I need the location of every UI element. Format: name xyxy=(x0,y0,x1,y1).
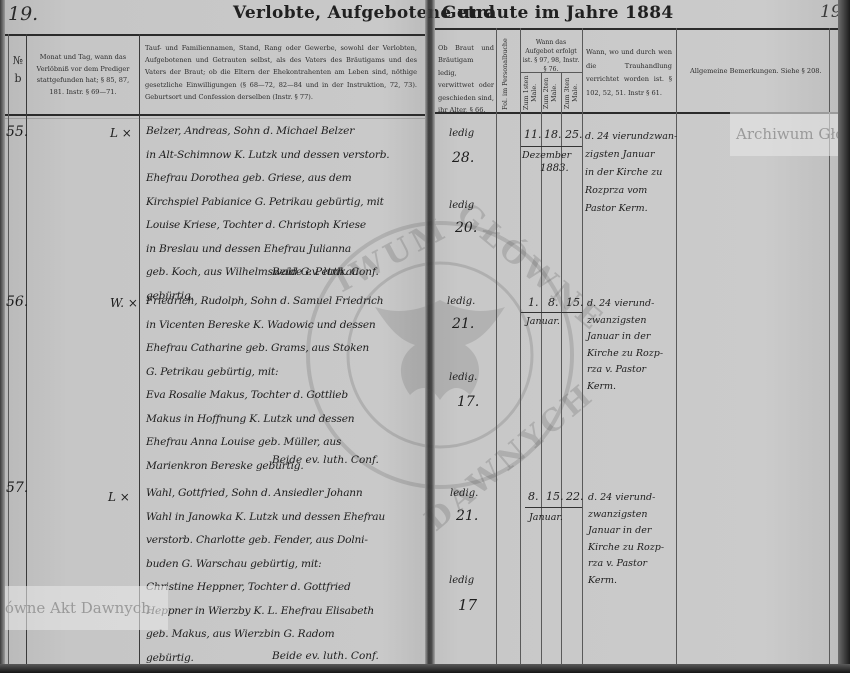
entry-number: 56. xyxy=(6,294,28,310)
ceremony-line: zwanzigsten xyxy=(587,313,663,330)
col-divider xyxy=(541,72,542,668)
col-header-month-day: Monat und Tag, wann das Verlöbniß vor de… xyxy=(30,52,136,98)
groom-age: 21. xyxy=(452,316,474,332)
entry-marks: W. × xyxy=(110,296,138,310)
groom-status: ledig. xyxy=(450,488,478,499)
entry-line: Ehefrau Anna Louise geb. Müller, aus xyxy=(146,431,383,455)
number-symbol: № xyxy=(10,52,26,70)
ceremony-text: d. 24 vierund- zwanzigsten Januar in der… xyxy=(588,490,664,589)
ceremony-line: Rozprza vom xyxy=(585,182,677,200)
ceremony-line: Kerm. xyxy=(587,379,663,396)
col-header-names: Tauf- und Familiennamen, Stand, Rang ode… xyxy=(145,42,417,103)
banns-month: Dezember xyxy=(522,150,571,161)
bride-age: 17 xyxy=(458,596,477,614)
entry-line: Belzer, Andreas, Sohn d. Michael Belzer xyxy=(146,120,389,144)
banns-month: Januar. xyxy=(529,512,563,523)
banns-1: 11. xyxy=(524,128,542,141)
entry-line: in Breslau und dessen Ehefrau Julianna xyxy=(146,238,389,262)
entry-marks: L × xyxy=(110,126,132,140)
ceremony-line: zigsten Januar xyxy=(585,146,677,164)
groom-status: ledig xyxy=(449,128,474,139)
entry-number: 57. xyxy=(6,480,28,496)
entry-line: Christine Heppner, Tochter d. Gottfried xyxy=(146,576,385,600)
entry-line: buden G. Warschau gebürtig, mit: xyxy=(146,553,385,577)
entry-line: in Alt-Schimnow K. Lutzk und dessen vers… xyxy=(146,144,389,168)
entry-marks: L × xyxy=(108,490,130,504)
groom-status: ledig. xyxy=(447,296,475,307)
book-gutter xyxy=(425,0,435,673)
banns-underline xyxy=(521,312,582,313)
entry-confession: Beide ev. luth. Conf. xyxy=(272,266,379,278)
page-title-right: Getraute im Jahre 1884 xyxy=(442,3,674,23)
scan-edge-right xyxy=(838,0,850,673)
banns-3: 15. xyxy=(566,296,584,309)
ceremony-line: Pastor Kerm. xyxy=(585,200,677,218)
banns-3: 25. xyxy=(565,128,583,141)
entry-line: verstorb. Charlotte geb. Fender, aus Dol… xyxy=(146,529,385,553)
entry-line: Eva Rosalie Makus, Tochter d. Gottlieb xyxy=(146,384,383,408)
ceremony-line: d. 24 vierundzwan- xyxy=(585,128,677,146)
col-header-banns-3: Zum 3ten Male. xyxy=(563,75,581,111)
entry-line: Wahl, Gottfried, Sohn d. Ansiedler Johan… xyxy=(146,482,385,506)
banns-1: 8. xyxy=(528,490,539,503)
watermark-bottom-left: łówne Akt Dawnych xyxy=(0,586,168,630)
banns-year: 1883. xyxy=(540,163,569,174)
col-header-banns: Wann das Aufgebot erfolgt ist. § 97, 98,… xyxy=(521,38,581,74)
entry-confession: Beide ev. luth. Conf. xyxy=(272,454,379,466)
bride-age: 17. xyxy=(457,394,479,410)
groom-age: 28. xyxy=(452,150,474,166)
col-header-banns-1: Zum 1sten Male. xyxy=(522,75,540,111)
entry-line: G. Petrikau gebürtig, mit: xyxy=(146,361,383,385)
entry-line: Ehefrau Dorothea geb. Griese, aus dem xyxy=(146,167,389,191)
ceremony-line: d. 24 vierund- xyxy=(588,490,664,507)
number-abbr: b xyxy=(10,70,26,88)
banns-3: 22. xyxy=(566,490,584,503)
ceremony-text: d. 24 vierund- zwanzigsten Januar in der… xyxy=(587,296,663,395)
col-divider xyxy=(676,28,677,668)
ceremony-line: Kirche zu Rozp- xyxy=(587,346,663,363)
ceremony-line: zwanzigsten xyxy=(588,507,664,524)
col-header-banns-2: Zum 2ten Male. xyxy=(542,75,560,111)
banns-1: 1. xyxy=(528,296,539,309)
ceremony-line: rza v. Pastor xyxy=(587,362,663,379)
banns-underline xyxy=(525,507,582,508)
entry-line: in Vicenten Bereske K. Wadowic und desse… xyxy=(146,314,383,338)
entry-number: 55. xyxy=(6,124,28,140)
ceremony-line: Januar in der xyxy=(587,329,663,346)
header-top-rule-left xyxy=(5,34,425,36)
col-header-ceremony: Wann, wo und durch wen die Trauhandlung … xyxy=(586,46,672,100)
ceremony-line: rza v. Pastor xyxy=(588,556,664,573)
col-header-number: № b xyxy=(10,52,26,88)
bride-status: ledig xyxy=(449,200,474,211)
scan-edge-bottom xyxy=(0,664,850,673)
row-rule xyxy=(5,118,425,119)
banns-2: 18. xyxy=(544,128,562,141)
entry-line: Wahl in Janowka K. Lutzk und dessen Ehef… xyxy=(146,506,385,530)
entry-line: Louise Kriese, Tochter d. Christoph Krie… xyxy=(146,214,389,238)
ceremony-line: Kerm. xyxy=(588,573,664,590)
col-header-status-age: Ob Braut und Bräutigam ledig, verwittwet… xyxy=(438,42,494,116)
ceremony-line: Kirche zu Rozp- xyxy=(588,540,664,557)
ceremony-text: d. 24 vierundzwan- zigsten Januar in der… xyxy=(585,128,677,218)
entry-text: Wahl, Gottfried, Sohn d. Ansiedler Johan… xyxy=(146,482,385,670)
header-bottom-rule-left xyxy=(5,114,425,116)
bride-age: 20. xyxy=(455,220,477,236)
col-divider xyxy=(496,28,497,668)
banns-2: 15. xyxy=(546,490,564,503)
entry-text: Friedrich, Rudolph, Sohn d. Samuel Fried… xyxy=(146,290,383,478)
entry-line: Ehefrau Catharine geb. Grams, aus Stoken xyxy=(146,337,383,361)
bride-status: ledig xyxy=(449,575,474,586)
col-divider xyxy=(520,28,521,668)
page-number-left: 19. xyxy=(8,3,38,25)
groom-age: 21. xyxy=(456,508,478,524)
banns-2: 8. xyxy=(548,296,559,309)
banns-underline xyxy=(521,146,582,147)
entry-line: Makus in Hoffnung K. Lutzk und dessen xyxy=(146,408,383,432)
bride-status: ledig. xyxy=(449,372,477,383)
watermark-top-right: Archiwum Głó xyxy=(730,112,838,156)
ledger-scan: IWUM GŁÓWNE DAWNYCH 19. Verlobte, Aufgeb… xyxy=(0,0,850,673)
ceremony-line: in der Kirche zu xyxy=(585,164,677,182)
col-divider xyxy=(582,28,583,668)
entry-line: Friedrich, Rudolph, Sohn d. Samuel Fried… xyxy=(146,290,383,314)
ceremony-line: Januar in der xyxy=(588,523,664,540)
entry-line: Heppner in Wierzby K. L. Ehefrau Elisabe… xyxy=(146,600,385,624)
entry-text: Belzer, Andreas, Sohn d. Michael Belzer … xyxy=(146,120,389,308)
ceremony-line: d. 24 vierund- xyxy=(587,296,663,313)
entry-confession: Beide ev. luth. Conf. xyxy=(272,650,379,662)
entry-line: geb. Makus, aus Wierzbin G. Radom xyxy=(146,623,385,647)
scan-edge-left xyxy=(0,0,5,673)
col-divider xyxy=(561,72,562,668)
col-divider xyxy=(139,34,140,668)
col-header-personal-page: Fol. im Personalbuche xyxy=(501,38,517,110)
entry-line: Kirchspiel Pabianice G. Petrikau gebürti… xyxy=(146,191,389,215)
banns-month: Januar. xyxy=(526,316,560,327)
col-header-remarks: Allgemeine Bemerkungen. Siehe § 208. xyxy=(690,66,830,78)
